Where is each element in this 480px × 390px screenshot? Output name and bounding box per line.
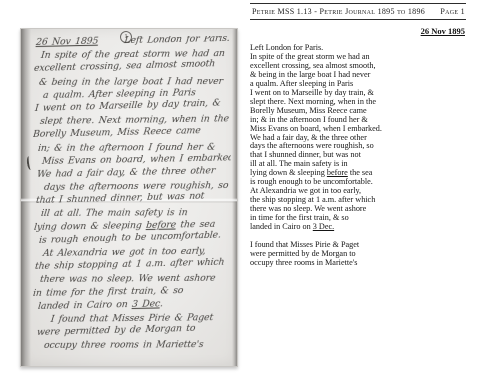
manuscript-line: Borelly Museum, Miss Reece came: [33, 124, 231, 142]
page-number-label: Page 1: [440, 7, 465, 16]
manuscript-line: the ship stopping at 1 a.m. after which: [34, 256, 231, 274]
entry-date: 26 Nov 1895: [250, 26, 466, 36]
transcription-line: landed in Cairo on 3 Dec.: [250, 223, 466, 232]
running-header: Petrie MSS 1.13 - Petrie Journal 1895 to…: [250, 3, 466, 20]
document-title: Petrie MSS 1.13 - Petrie Journal 1895 to…: [252, 7, 425, 16]
manuscript-scan: 1 26 Nov 1895 Left London for Paris.In s…: [20, 28, 238, 367]
transcription-column: Petrie MSS 1.13 - Petrie Journal 1895 to…: [250, 3, 466, 268]
manuscript-line: occupy three rooms in Mariette's: [43, 338, 231, 352]
transcription-line: occupy three rooms in Mariette's: [250, 259, 466, 268]
transcription-text: Left London for Paris.In spite of the gr…: [250, 44, 466, 268]
journal-page: { "header": { "title": "Petrie MSS 1.13 …: [0, 0, 480, 390]
manuscript-handwriting: 26 Nov 1895 Left London for Paris.In spi…: [33, 36, 231, 362]
